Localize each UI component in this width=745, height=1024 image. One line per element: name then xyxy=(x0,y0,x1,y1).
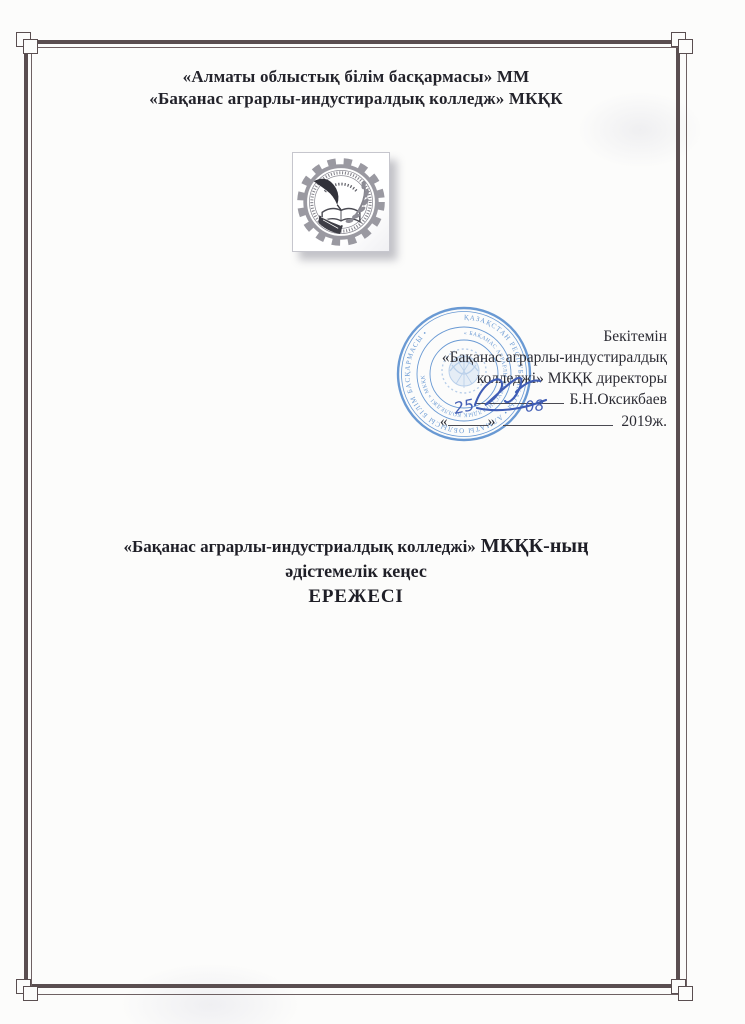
date-year: 2019ж. xyxy=(621,413,667,430)
frame-corner-square xyxy=(23,39,38,54)
approve-label: Бекітемін xyxy=(337,327,667,348)
frame-corner-square xyxy=(678,39,693,54)
director-name: Б.Н.Оксикбаев xyxy=(570,391,667,408)
header-line-2: «Бақанас аграрлы-индустиралдық колледж» … xyxy=(24,88,688,110)
title-line-1: «Бақанас аграрлы-индустриалдық колледжі»… xyxy=(24,534,688,559)
approval-org-line-1: «Бақанас аграрлы-индустиралдық xyxy=(337,348,667,369)
frame-corner-square xyxy=(23,986,38,1001)
college-gear-emblem-icon xyxy=(293,153,389,251)
title-line-3: ЕРЕЖЕСІ xyxy=(24,584,688,609)
document-header: «Алматы облыстық білім басқармасы» ММ «Б… xyxy=(24,66,688,110)
college-logo xyxy=(292,152,390,252)
frame-corner-square xyxy=(678,986,693,1001)
handwritten-signature-icon xyxy=(468,372,554,416)
document-title: «Бақанас аграрлы-индустриалдық колледжі»… xyxy=(24,534,688,609)
title-org-suffix: МКҚК-ның xyxy=(476,535,589,557)
scanned-document-page: «Алматы облыстық білім басқармасы» ММ «Б… xyxy=(0,0,745,1024)
title-line-2: әдістемелік кеңес xyxy=(24,559,688,584)
date-quote-open: « xyxy=(440,413,448,430)
header-line-1: «Алматы облыстық білім басқармасы» ММ xyxy=(24,66,688,88)
title-college-name: «Бақанас аграрлы-индустриалдық колледжі» xyxy=(123,537,475,556)
